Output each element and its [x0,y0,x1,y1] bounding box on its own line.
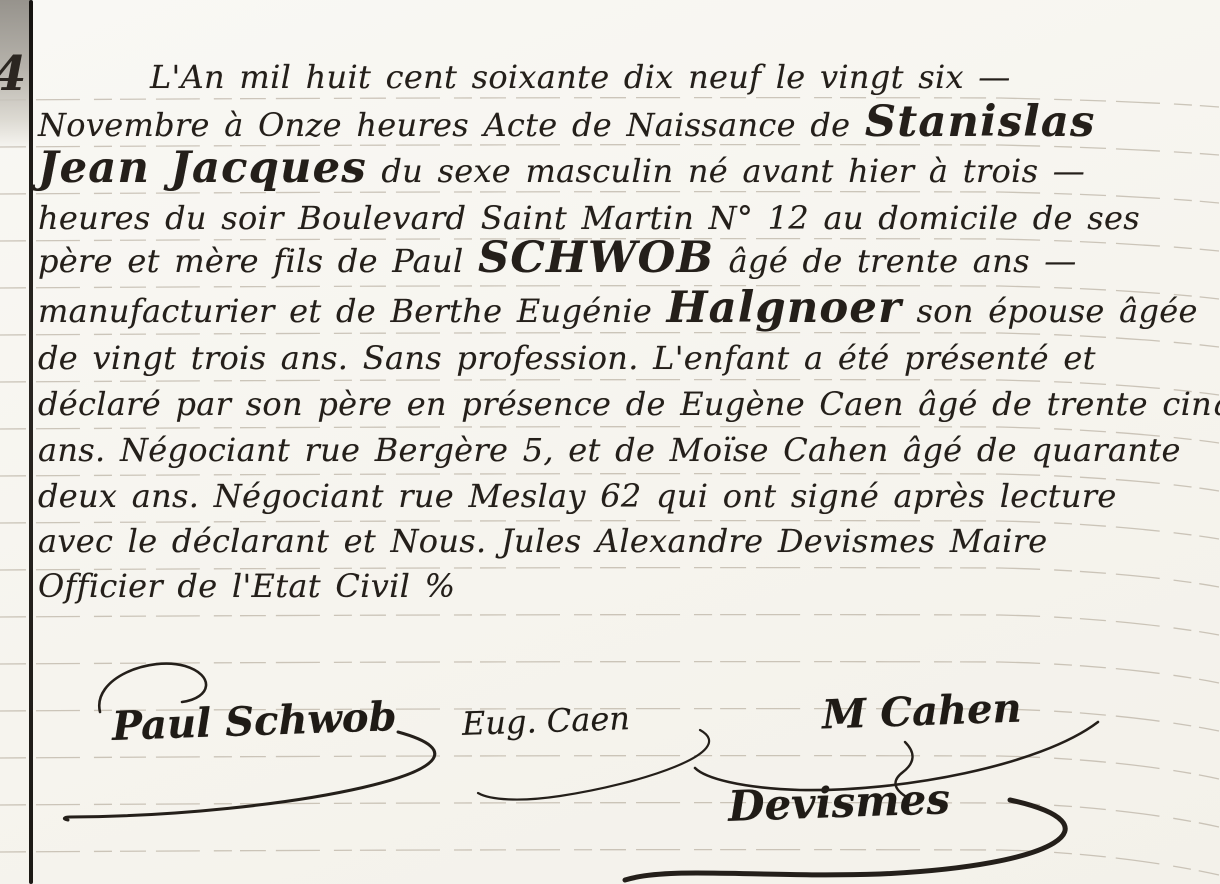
signature-mayor-devismes: Devismes [727,774,951,831]
act-line: avec le déclarant et Nous. Jules Alexand… [38,516,1208,563]
signature-father: Paul Schwob [111,693,397,750]
act-line-text: de vingt trois ans. Sans profession. L'e… [38,339,1096,377]
margin-act-number: 4 [0,46,26,102]
act-line-text: ans. Négociant rue Bergère 5, et de Moïs… [38,431,1181,469]
act-line-text: âgé de trente ans — [714,242,1076,280]
act-line: ans. Négociant rue Bergère 5, et de Moïs… [38,425,1208,472]
act-line-text: père et mère fils de Paul [38,242,478,280]
act-line: Officier de l'Etat Civil % [38,561,1208,608]
act-line-text: Officier de l'Etat Civil % [38,567,455,605]
act-line: père et mère fils de Paul SCHWOB âgé de … [38,236,1208,283]
act-line-text: déclaré par son père en présence de Eugè… [38,385,1220,423]
act-line-name-emph: Stanislas [865,96,1096,147]
act-line-text: Novembre à Onze heures Acte de Naissance… [38,106,865,144]
act-line-text: du sexe masculin né avant hier à trois — [367,152,1085,190]
act-line: deux ans. Négociant rue Meslay 62 qui on… [38,471,1208,518]
act-line: manufacturier et de Berthe Eugénie Halgn… [38,286,1208,333]
act-line: L'An mil huit cent soixante dix neuf le … [150,52,1220,99]
act-line-text: son épouse âgée [902,292,1198,330]
act-line-name-emph: SCHWOB [478,232,714,283]
act-line-text: avec le déclarant et Nous. Jules Alexand… [38,522,1048,560]
act-line-text: deux ans. Négociant rue Meslay 62 qui on… [38,477,1117,515]
act-line: Jean Jacques du sexe masculin né avant h… [38,146,1208,193]
act-line-name-emph: Jean Jacques [38,142,367,193]
act-line: déclaré par son père en présence de Eugè… [38,379,1208,426]
act-line: de vingt trois ans. Sans profession. L'e… [38,333,1208,380]
signature-witness-caen: Eug. Caen [461,699,630,743]
left-margin-line [29,0,33,884]
act-line-text: L'An mil huit cent soixante dix neuf le … [150,58,1011,96]
act-line-name-emph: Halgnoer [667,282,902,333]
signature-witness-cahen: M Cahen [821,685,1022,739]
act-line: Novembre à Onze heures Acte de Naissance… [38,100,1208,147]
birth-record-page: 4 L'An mil huit cent soixante dix neuf l… [0,0,1220,884]
act-line-text: manufacturier et de Berthe Eugénie [38,292,667,330]
